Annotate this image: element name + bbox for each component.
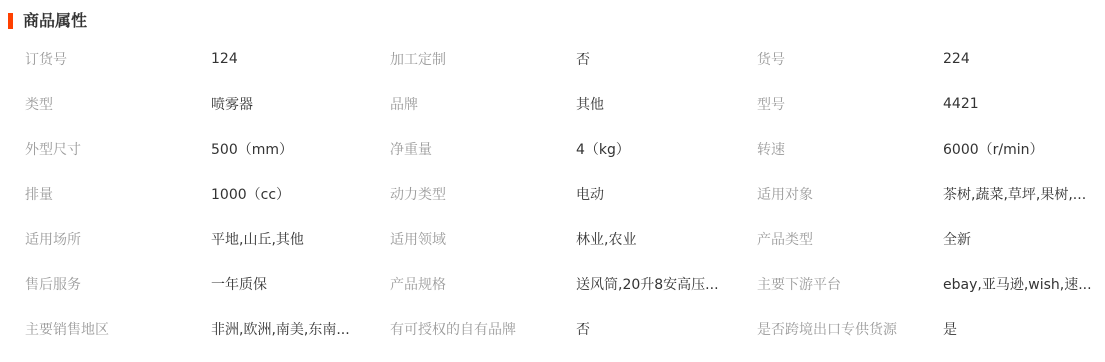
attr-cell: 适用领域林业,农业 bbox=[390, 216, 757, 261]
attr-cell: 转速6000（r/min） bbox=[757, 126, 1105, 171]
attr-label: 排量 bbox=[25, 184, 211, 204]
attr-cell: 售后服务一年质保 bbox=[25, 261, 390, 306]
attr-value: 非洲,欧洲,南美,东南... bbox=[211, 319, 390, 339]
attr-cell: 外型尺寸500（mm） bbox=[25, 126, 390, 171]
attr-cell: 主要销售地区非洲,欧洲,南美,东南... bbox=[25, 306, 390, 351]
attr-value: 4（kg） bbox=[576, 139, 757, 159]
attr-label: 类型 bbox=[25, 94, 211, 114]
attr-value: 是 bbox=[943, 319, 1105, 339]
attr-label: 转速 bbox=[757, 139, 943, 159]
attr-cell: 净重量4（kg） bbox=[390, 126, 757, 171]
accent-bar bbox=[8, 13, 13, 29]
attr-cell: 适用场所平地,山丘,其他 bbox=[25, 216, 390, 261]
attr-value: 否 bbox=[576, 319, 757, 339]
attr-cell: 动力类型电动 bbox=[390, 171, 757, 216]
attr-label: 主要下游平台 bbox=[757, 274, 943, 294]
attr-cell: 加工定制否 bbox=[390, 36, 757, 81]
attr-cell: 品牌其他 bbox=[390, 81, 757, 126]
attr-value: 平地,山丘,其他 bbox=[211, 229, 390, 249]
section-header: 商品属性 bbox=[0, 0, 1105, 30]
attr-value: 喷雾器 bbox=[211, 94, 390, 114]
attr-value: 1000（cc） bbox=[211, 184, 390, 204]
attr-label: 型号 bbox=[757, 94, 943, 114]
attr-cell: 货号224 bbox=[757, 36, 1105, 81]
attr-label: 适用领域 bbox=[390, 229, 576, 249]
attr-cell: 类型喷雾器 bbox=[25, 81, 390, 126]
attr-label: 订货号 bbox=[25, 49, 211, 69]
attr-label: 售后服务 bbox=[25, 274, 211, 294]
attr-cell: 是否跨境出口专供货源是 bbox=[757, 306, 1105, 351]
attr-label: 外型尺寸 bbox=[25, 139, 211, 159]
attr-label: 净重量 bbox=[390, 139, 576, 159]
attr-value: 4421 bbox=[943, 96, 1105, 112]
attr-value: 124 bbox=[211, 51, 390, 67]
attr-cell: 有可授权的自有品牌否 bbox=[390, 306, 757, 351]
attr-label: 品牌 bbox=[390, 94, 576, 114]
product-attributes-panel: 商品属性 订货号124加工定制否货号224类型喷雾器品牌其他型号4421外型尺寸… bbox=[0, 0, 1105, 362]
attr-cell: 产品规格送风筒,20升8安高压... bbox=[390, 261, 757, 306]
attr-cell: 主要下游平台ebay,亚马逊,wish,速... bbox=[757, 261, 1105, 306]
attr-value: 送风筒,20升8安高压... bbox=[576, 274, 757, 294]
attr-label: 有可授权的自有品牌 bbox=[390, 319, 576, 339]
attr-value: 500（mm） bbox=[211, 139, 390, 159]
attr-cell: 适用对象茶树,蔬菜,草坪,果树,... bbox=[757, 171, 1105, 216]
attr-value: 其他 bbox=[576, 94, 757, 114]
attr-cell: 产品类型全新 bbox=[757, 216, 1105, 261]
attr-value: 6000（r/min） bbox=[943, 139, 1105, 159]
attr-label: 动力类型 bbox=[390, 184, 576, 204]
attr-value: 茶树,蔬菜,草坪,果树,... bbox=[943, 184, 1105, 204]
attr-label: 产品类型 bbox=[757, 229, 943, 249]
attr-cell: 型号4421 bbox=[757, 81, 1105, 126]
section-title: 商品属性 bbox=[23, 13, 87, 29]
attr-label: 适用场所 bbox=[25, 229, 211, 249]
attr-label: 加工定制 bbox=[390, 49, 576, 69]
attr-cell: 排量1000（cc） bbox=[25, 171, 390, 216]
attr-label: 产品规格 bbox=[390, 274, 576, 294]
attributes-table: 订货号124加工定制否货号224类型喷雾器品牌其他型号4421外型尺寸500（m… bbox=[0, 36, 1105, 351]
attr-label: 是否跨境出口专供货源 bbox=[757, 319, 943, 339]
attr-value: 一年质保 bbox=[211, 274, 390, 294]
attr-value: 林业,农业 bbox=[576, 229, 757, 249]
attr-value: 否 bbox=[576, 49, 757, 69]
attr-label: 主要销售地区 bbox=[25, 319, 211, 339]
attr-value: ebay,亚马逊,wish,速... bbox=[943, 274, 1105, 294]
attr-cell: 订货号124 bbox=[25, 36, 390, 81]
attr-label: 货号 bbox=[757, 49, 943, 69]
attr-value: 全新 bbox=[943, 229, 1105, 249]
attr-label: 适用对象 bbox=[757, 184, 943, 204]
attr-value: 电动 bbox=[576, 184, 757, 204]
attr-value: 224 bbox=[943, 51, 1105, 67]
